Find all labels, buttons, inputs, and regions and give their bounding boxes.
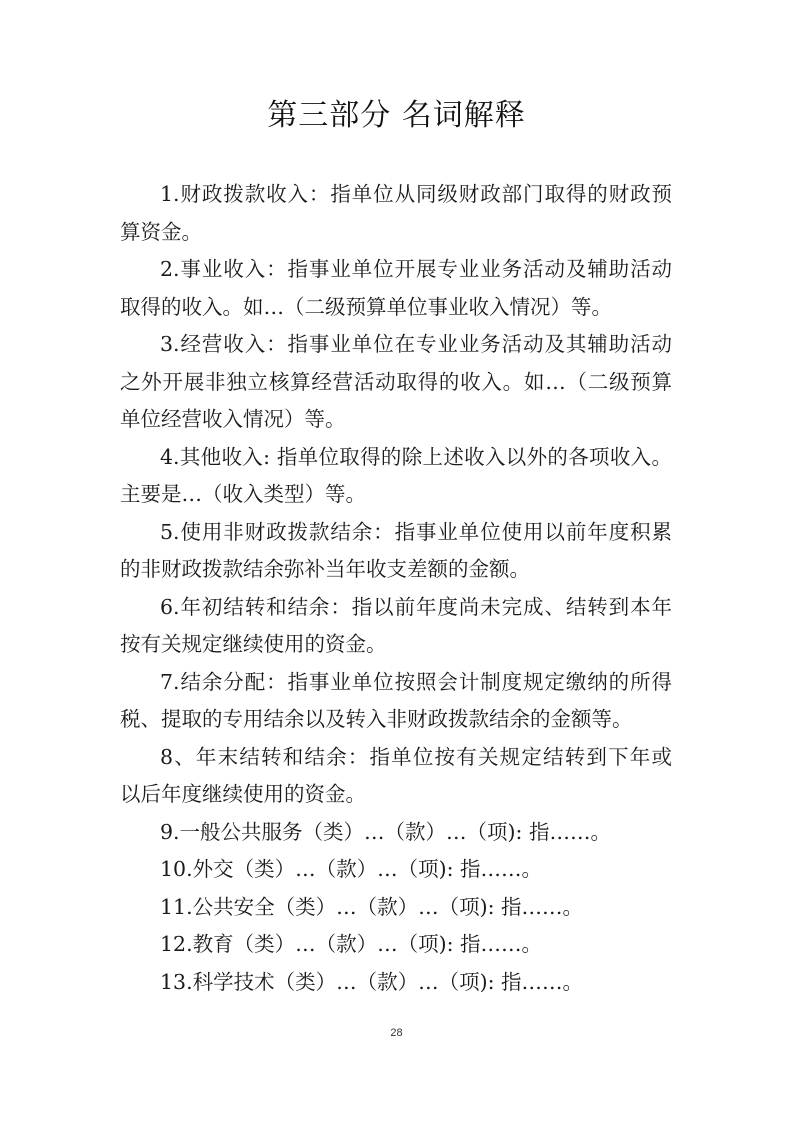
glossary-entry-6: 6.年初结转和结余：指以前年度尚未完成、结转到本年 按有关规定继续使用的资金。: [120, 589, 672, 664]
glossary-entry-11: 11.公共安全（类）…（款）…（项): 指……。: [120, 889, 672, 927]
entry-line: 4.其他收入: 指单位取得的除上述收入以外的各项收入。: [120, 439, 672, 477]
entry-line: 2.事业收入：指事业单位开展专业业务活动及辅助活动: [120, 251, 672, 289]
entry-line: 算资金。: [120, 214, 672, 252]
entry-line: 1.财政拨款收入：指单位从同级财政部门取得的财政预: [120, 176, 672, 214]
entry-line: 8、年末结转和结余：指单位按有关规定结转到下年或: [120, 739, 672, 777]
glossary-entry-3: 3.经营收入：指事业单位在专业业务活动及其辅助活动 之外开展非独立核算经营活动取…: [120, 326, 672, 439]
page-number: 28: [0, 1027, 793, 1039]
glossary-entry-13: 13.科学技术（类）…（款）…（项): 指……。: [120, 964, 672, 1002]
glossary-entry-4: 4.其他收入: 指单位取得的除上述收入以外的各项收入。 主要是…（收入类型）等。: [120, 439, 672, 514]
glossary-body: 1.财政拨款收入：指单位从同级财政部门取得的财政预 算资金。 2.事业收入：指事…: [120, 176, 672, 1001]
glossary-entry-12: 12.教育（类）…（款）…（项): 指……。: [120, 926, 672, 964]
entry-line: 以后年度继续使用的资金。: [120, 776, 672, 814]
glossary-entry-1: 1.财政拨款收入：指单位从同级财政部门取得的财政预 算资金。: [120, 176, 672, 251]
glossary-entry-5: 5.使用非财政拨款结余：指事业单位使用以前年度积累 的非财政拨款结余弥补当年收支…: [120, 514, 672, 589]
entry-line: 税、提取的专用结余以及转入非财政拨款结余的金额等。: [120, 701, 672, 739]
glossary-entry-2: 2.事业收入：指事业单位开展专业业务活动及辅助活动 取得的收入。如…（二级预算单…: [120, 251, 672, 326]
entry-line: 7.结余分配：指事业单位按照会计制度规定缴纳的所得: [120, 664, 672, 702]
glossary-entry-10: 10.外交（类）…（款）…（项): 指……。: [120, 851, 672, 889]
entry-line: 的非财政拨款结余弥补当年收支差额的金额。: [120, 551, 672, 589]
entry-line: 按有关规定继续使用的资金。: [120, 626, 672, 664]
entry-line: 3.经营收入：指事业单位在专业业务活动及其辅助活动: [120, 326, 672, 364]
section-title: 第三部分 名词解释: [0, 96, 793, 136]
entry-line: 取得的收入。如…（二级预算单位事业收入情况）等。: [120, 289, 672, 327]
entry-line: 之外开展非独立核算经营活动取得的收入。如…（二级预算: [120, 364, 672, 402]
entry-line: 单位经营收入情况）等。: [120, 401, 672, 439]
entry-line: 5.使用非财政拨款结余：指事业单位使用以前年度积累: [120, 514, 672, 552]
document-page: 第三部分 名词解释 1.财政拨款收入：指单位从同级财政部门取得的财政预 算资金。…: [0, 0, 793, 1122]
entry-line: 6.年初结转和结余：指以前年度尚未完成、结转到本年: [120, 589, 672, 627]
glossary-entry-7: 7.结余分配：指事业单位按照会计制度规定缴纳的所得 税、提取的专用结余以及转入非…: [120, 664, 672, 739]
glossary-entry-9: 9.一般公共服务（类）…（款）…（项): 指……。: [120, 814, 672, 852]
entry-line: 主要是…（收入类型）等。: [120, 476, 672, 514]
glossary-entry-8: 8、年末结转和结余：指单位按有关规定结转到下年或 以后年度继续使用的资金。: [120, 739, 672, 814]
